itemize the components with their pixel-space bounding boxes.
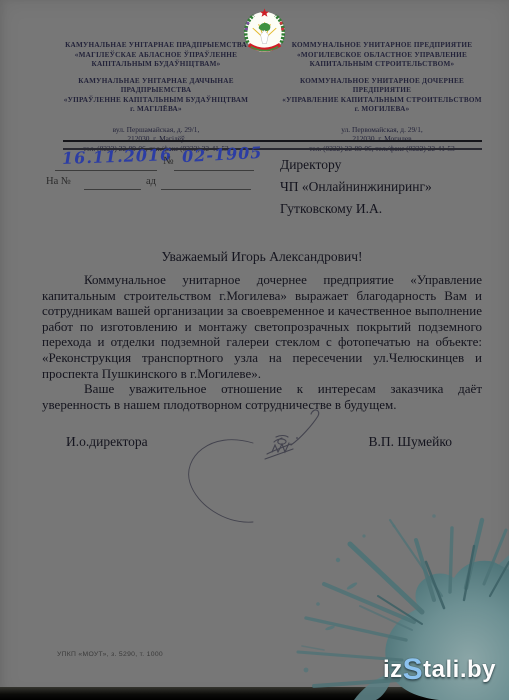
print-shop-info: УПКП «МОУТ», з. 5290, т. 1000 bbox=[57, 651, 163, 658]
letterhead-left-org2: КАМУНАЛЬНАЕ УНІТАРНАЕ ДАЧЧЫНАЕПРАДПРЫЕМС… bbox=[52, 77, 260, 115]
signatory-name: В.П. Шумейко bbox=[369, 434, 452, 450]
recipient-line: Гутковскому И.А. bbox=[280, 198, 432, 220]
recipient-line: ЧП «Онлайнинжиниринг» bbox=[280, 176, 432, 198]
on-number-blank-line bbox=[84, 188, 141, 190]
letterhead-line: КАПИТАЛЬНЫМ СТРОИТЕЛЬСТВОМ» bbox=[278, 60, 486, 70]
watermark-part3: tali.by bbox=[423, 656, 496, 683]
date-underline bbox=[55, 169, 157, 171]
handwritten-outgoing-number: 02-1905 bbox=[182, 143, 263, 166]
watermark-accent-letter: S bbox=[403, 653, 424, 686]
letterhead-line: КОММУНАЛЬНОЕ УНИТАРНОЕ ДОЧЕРНЕЕ bbox=[278, 77, 486, 87]
body-paragraph: Коммунальное унитарное дочернее предприя… bbox=[42, 272, 482, 381]
letterhead-address-line: вул. Першамайская, д. 29/1, bbox=[52, 125, 260, 135]
letterhead-belarusian: КАМУНАЛЬНАЕ УНІТАРНАЕ ПРАДПРЫЕМСТВА«МАГІ… bbox=[52, 41, 260, 153]
letterhead-line: «УПРАВЛЕНИЕ КАПИТАЛЬНЫМ СТРОИТЕЛЬСТВОМ bbox=[278, 96, 486, 106]
letterhead-right-org2: КОММУНАЛЬНОЕ УНИТАРНОЕ ДОЧЕРНЕЕПРЕДПРИЯТ… bbox=[278, 77, 486, 115]
scanned-letter-page: КАМУНАЛЬНАЕ УНІТАРНАЕ ПРАДПРЫЕМСТВА«МАГІ… bbox=[0, 0, 509, 700]
letterhead-line: КАМУНАЛЬНАЕ УНІТАРНАЕ ДАЧЧЫНАЕ bbox=[52, 77, 260, 87]
salutation: Уважаемый Игорь Александрович! bbox=[42, 249, 482, 265]
letterhead-line: ПРАДПРЫЕМСТВА bbox=[52, 86, 260, 96]
letterhead-line: г. МОГИЛЕВА» bbox=[278, 105, 486, 115]
letterhead-left-org1: КАМУНАЛЬНАЕ УНІТАРНАЕ ПРАДПРЫЕМСТВА«МАГІ… bbox=[52, 41, 260, 70]
letterhead-line: КАПІТАЛЬНЫМ БУДАЎНІЦТВАМ» bbox=[52, 60, 260, 70]
letter-body: Коммунальное унитарное дочернее предприя… bbox=[42, 272, 482, 412]
from-date-blank-line bbox=[161, 188, 251, 190]
on-number-label: На № bbox=[46, 176, 71, 187]
letterhead-line: ПРЕДПРИЯТИЕ bbox=[278, 86, 486, 96]
handwritten-date: 16.11.2016 bbox=[62, 145, 173, 168]
letterhead-line: «МОГИЛЕВСКОЕ ОБЛАСТНОЕ УПРАВЛЕНИЕ bbox=[278, 51, 486, 61]
number-underline bbox=[174, 169, 254, 171]
watermark-part1: iz bbox=[383, 656, 403, 683]
number-label: № bbox=[163, 155, 174, 167]
from-date-label: ад bbox=[146, 176, 156, 187]
watermark-logo: izStali.by bbox=[383, 653, 496, 687]
letterhead-line: КОММУНАЛЬНОЕ УНИТАРНОЕ ПРЕДПРИЯТИЕ bbox=[278, 41, 486, 51]
letterhead-russian: КОММУНАЛЬНОЕ УНИТАРНОЕ ПРЕДПРИЯТИЕ«МОГИЛ… bbox=[278, 41, 486, 153]
recipient-block: ДиректоруЧП «Онлайнинжиниринг»Гутковском… bbox=[280, 154, 432, 220]
letterhead-address-line: ул. Первомайская, д. 29/1, bbox=[278, 125, 486, 135]
recipient-line: Директору bbox=[280, 154, 432, 176]
letterhead-line: г. МАГІЛЁВА» bbox=[52, 105, 260, 115]
letterhead-line: КАМУНАЛЬНАЕ УНІТАРНАЕ ПРАДПРЫЕМСТВА bbox=[52, 41, 260, 51]
letterhead-line: «МАГІЛЕЎСКАЕ АБЛАСНОЕ ЎПРАЎЛЕННЕ bbox=[52, 51, 260, 61]
letterhead-line: «УПРАЎЛЕННЕ КАПІТАЛЬНЫМ БУДАЎНІЦТВАМ bbox=[52, 96, 260, 106]
letterhead-right-org1: КОММУНАЛЬНОЕ УНИТАРНОЕ ПРЕДПРИЯТИЕ«МОГИЛ… bbox=[278, 41, 486, 70]
signatory-position: И.о.директора bbox=[66, 434, 148, 450]
